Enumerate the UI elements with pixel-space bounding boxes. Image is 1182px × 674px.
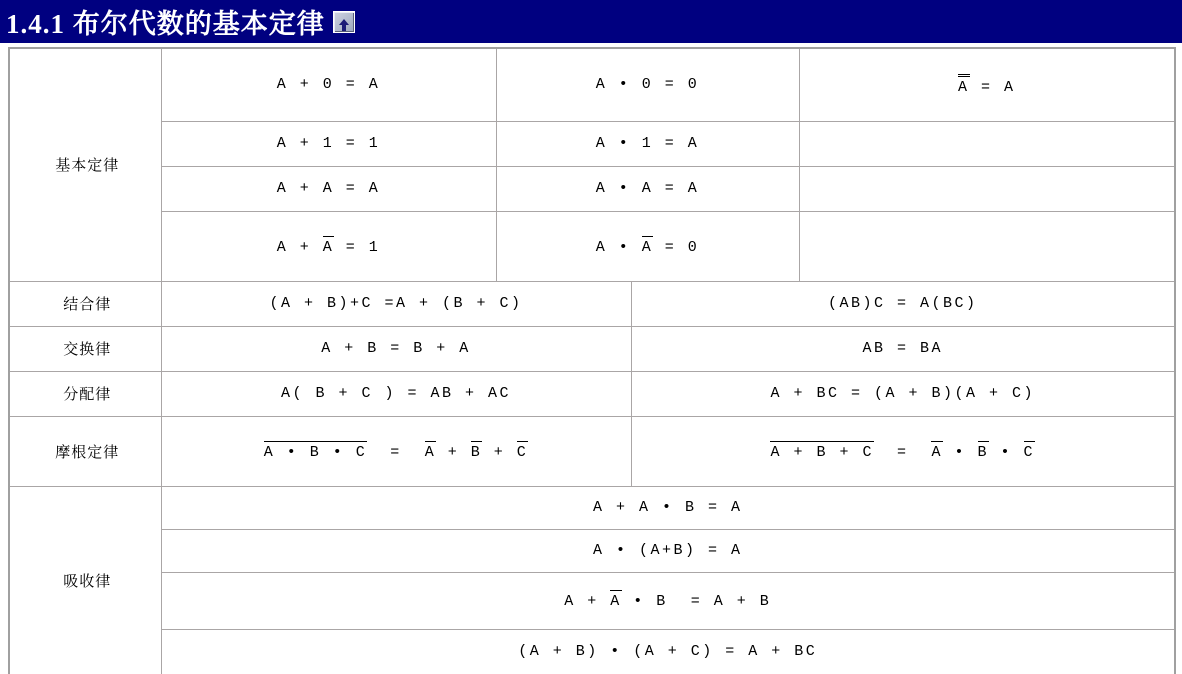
boolean-laws-table: 基本定律 A + 0 = A A • 0 = 0 A = A A + 1 = 1… xyxy=(8,47,1176,674)
formula-segment: C xyxy=(517,441,529,461)
law-label-basic: 基本定律 xyxy=(9,48,161,281)
law-label-text: 分配律 xyxy=(63,386,111,403)
formula-segment: A • 1 = A xyxy=(596,135,700,152)
formula-segment: = xyxy=(367,444,425,461)
formula-segment: A + xyxy=(277,239,323,256)
formula-associative-left: (A + B)+C =A + (B + C) xyxy=(161,281,631,326)
formula-segment: A • A = A xyxy=(596,180,700,197)
law-label-demorgan: 摩根定律 xyxy=(9,416,161,486)
formula-segment: C xyxy=(1024,441,1036,461)
law-label-text: 基本定律 xyxy=(55,157,119,174)
formula-segment: A + BC = (A + B)(A + C) xyxy=(770,385,1035,402)
formula-absorption-r2: A • (A+B) = A xyxy=(161,529,1175,572)
formula-segment: A xyxy=(323,236,335,256)
formula-associative-right: (AB)C = A(BC) xyxy=(631,281,1175,326)
formula-basic-r3-c2: A • A = A xyxy=(496,166,799,211)
formula-segment: A • (A+B) = A xyxy=(593,542,743,559)
formula-demorgan-right: A + B + C = A • B • C xyxy=(631,416,1175,486)
page-title: 1.4.1 布尔代数的基本定律 xyxy=(6,2,325,41)
law-label-text: 摩根定律 xyxy=(55,444,119,461)
formula-segment: (A + B)+C =A + (B + C) xyxy=(269,295,522,312)
formula-segment: A( B + C ) = AB + AC xyxy=(281,385,511,402)
law-label-absorption: 吸收律 xyxy=(9,486,161,674)
formula-basic-r4-c2: A • A = 0 xyxy=(496,211,799,281)
formula-basic-r2-c1: A + 1 = 1 xyxy=(161,121,496,166)
formula-segment: A • xyxy=(596,239,642,256)
formula-segment: (A + B) • (A + C) = A + BC xyxy=(518,643,817,660)
formula-segment: B xyxy=(471,441,483,461)
formula-segment: • B = A + B xyxy=(622,593,772,610)
formula-segment: + xyxy=(436,444,471,461)
formula-segment: A + xyxy=(564,593,610,610)
formula-segment: A • 0 = 0 xyxy=(596,76,700,93)
formula-segment: = 0 xyxy=(653,239,699,256)
law-label-commutative: 交换律 xyxy=(9,326,161,371)
formula-segment: A + A = A xyxy=(277,180,381,197)
empty-cell xyxy=(799,121,1175,166)
formula-segment: + xyxy=(482,444,517,461)
law-label-associative: 结合律 xyxy=(9,281,161,326)
law-label-text: 交换律 xyxy=(63,341,111,358)
formula-segment: A xyxy=(958,74,970,96)
back-to-top-button[interactable] xyxy=(333,11,355,33)
title-bar: 1.4.1 布尔代数的基本定律 xyxy=(0,0,1182,43)
formula-segment: (AB)C = A(BC) xyxy=(828,295,978,312)
formula-segment: A + 0 = A xyxy=(277,76,381,93)
formula-segment: AB = BA xyxy=(863,340,944,357)
empty-cell xyxy=(799,211,1175,281)
formula-segment: A xyxy=(610,590,622,610)
formula-commutative-right: AB = BA xyxy=(631,326,1175,371)
law-label-text: 吸收律 xyxy=(63,573,111,590)
formula-basic-r3-c1: A + A = A xyxy=(161,166,496,211)
formula-basic-r1-c1: A + 0 = A xyxy=(161,48,496,121)
law-label-distributive: 分配律 xyxy=(9,371,161,416)
formula-segment: B xyxy=(978,441,990,461)
formula-basic-r1-c3: A = A xyxy=(799,48,1175,121)
empty-cell xyxy=(799,166,1175,211)
formula-distributive-right: A + BC = (A + B)(A + C) xyxy=(631,371,1175,416)
formula-segment: A • B • C xyxy=(264,441,368,461)
up-arrow-icon xyxy=(339,19,349,25)
formula-absorption-r1: A + A • B = A xyxy=(161,486,1175,529)
formula-segment: A + 1 = 1 xyxy=(277,135,381,152)
formula-distributive-left: A( B + C ) = AB + AC xyxy=(161,371,631,416)
formula-demorgan-left: A • B • C = A + B + C xyxy=(161,416,631,486)
formula-segment: A + B + C xyxy=(770,441,874,461)
formula-segment: • xyxy=(989,444,1024,461)
formula-basic-r1-c2: A • 0 = 0 xyxy=(496,48,799,121)
formula-commutative-left: A + B = B + A xyxy=(161,326,631,371)
formula-absorption-r4: (A + B) • (A + C) = A + BC xyxy=(161,629,1175,674)
formula-basic-r2-c2: A • 1 = A xyxy=(496,121,799,166)
formula-segment: A + B = B + A xyxy=(321,340,471,357)
formula-segment: • xyxy=(943,444,978,461)
formula-segment: A + A • B = A xyxy=(593,499,743,516)
formula-segment: A xyxy=(642,236,654,256)
formula-basic-r4-c1: A + A = 1 xyxy=(161,211,496,281)
formula-segment: = A xyxy=(970,79,1016,96)
formula-segment: A xyxy=(931,441,943,461)
formula-segment: = 1 xyxy=(334,239,380,256)
formula-segment: A xyxy=(425,441,437,461)
law-label-text: 结合律 xyxy=(63,296,111,313)
formula-segment: = xyxy=(874,444,932,461)
formula-absorption-r3: A + A • B = A + B xyxy=(161,572,1175,629)
